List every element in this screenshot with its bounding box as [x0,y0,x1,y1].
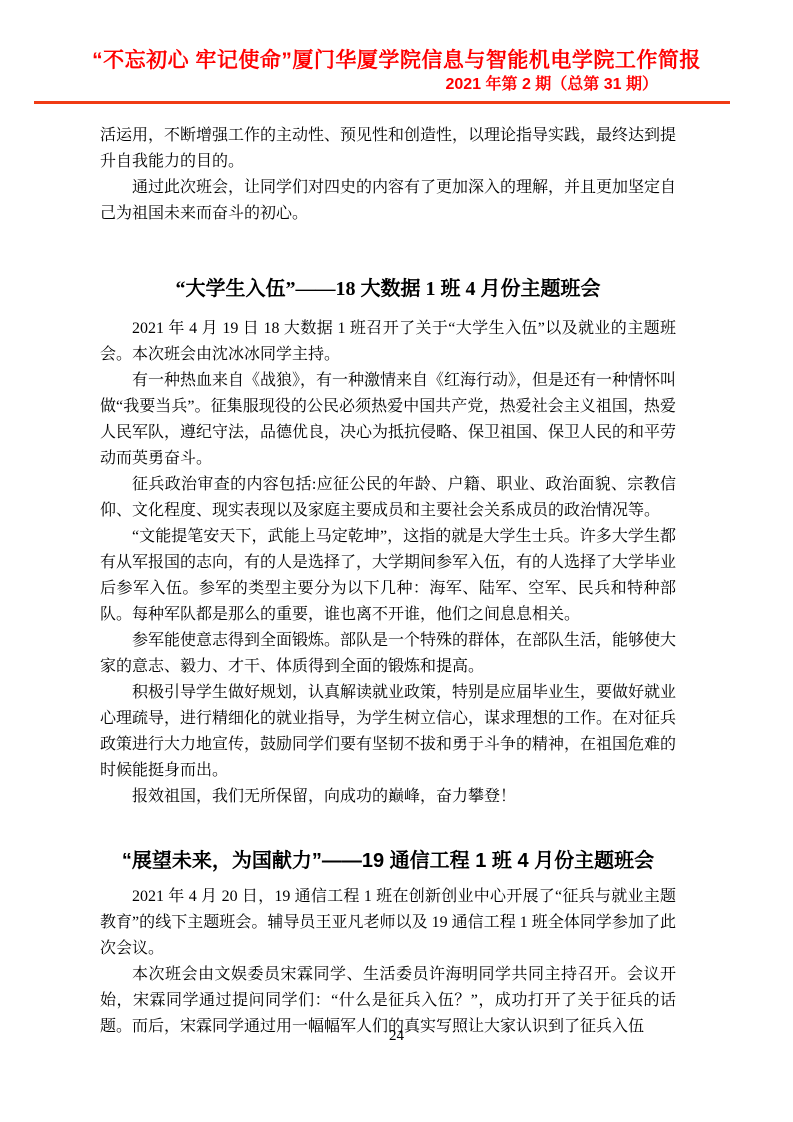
intro-paragraph-continuation: 活运用，不断增强工作的主动性、预见性和创造性，以理论指导实践，最终达到提升自我能… [100,123,676,175]
section-paragraph: 征兵政治审查的内容包括:应征公民的年龄、户籍、职业、政治面貌、宗教信仰、文化程度… [100,472,676,524]
bulletin-issue-line: 2021 年第 2 期（总第 31 期） [0,74,793,95]
section-heading-class-19-comm-eng: “展望未来，为国献力”——19 通信工程 1 班 4 月份主题班会 [100,848,676,874]
intro-paragraph: 通过此次班会，让同学们对四史的内容有了更加深入的理解，并且更加坚定自己为祖国未来… [100,175,676,227]
page-number: 24 [0,1027,793,1045]
document-page: “不忘初心 牢记使命”厦门华厦学院信息与智能机电学院工作简报 2021 年第 2… [0,0,793,1122]
section-paragraph: 报效祖国，我们无所保留，向成功的巅峰，奋力攀登！ [100,784,676,810]
document-body: 活运用，不断增强工作的主动性、预见性和创造性，以理论指导实践，最终达到提升自我能… [0,104,793,1040]
section-paragraph: 积极引导学生做好规划，认真解读就业政策，特别是应届毕业生，要做好就业心理疏导，进… [100,680,676,784]
section-paragraph: 2021 年 4 月 19 日 18 大数据 1 班召开了关于“大学生入伍”以及… [100,316,676,368]
section-paragraph: 参军能使意志得到全面锻炼。部队是一个特殊的群体，在部队生活，能够使大家的意志、毅… [100,628,676,680]
bulletin-header: “不忘初心 牢记使命”厦门华厦学院信息与智能机电学院工作简报 2021 年第 2… [0,0,793,104]
section-heading-class-18-bigdata: “大学生入伍”——18 大数据 1 班 4 月份主题班会 [100,276,676,302]
bulletin-title: “不忘初心 牢记使命”厦门华厦学院信息与智能机电学院工作简报 [0,48,793,73]
section-paragraph: 有一种热血来自《战狼》，有一种激情来自《红海行动》，但是还有一种情怀叫做“我要当… [100,368,676,472]
section-paragraph: 2021 年 4 月 20 日，19 通信工程 1 班在创新创业中心开展了“征兵… [100,884,676,962]
section-paragraph: “文能提笔安天下，武能上马定乾坤”，这指的就是大学生士兵。许多大学生都有从军报国… [100,524,676,628]
